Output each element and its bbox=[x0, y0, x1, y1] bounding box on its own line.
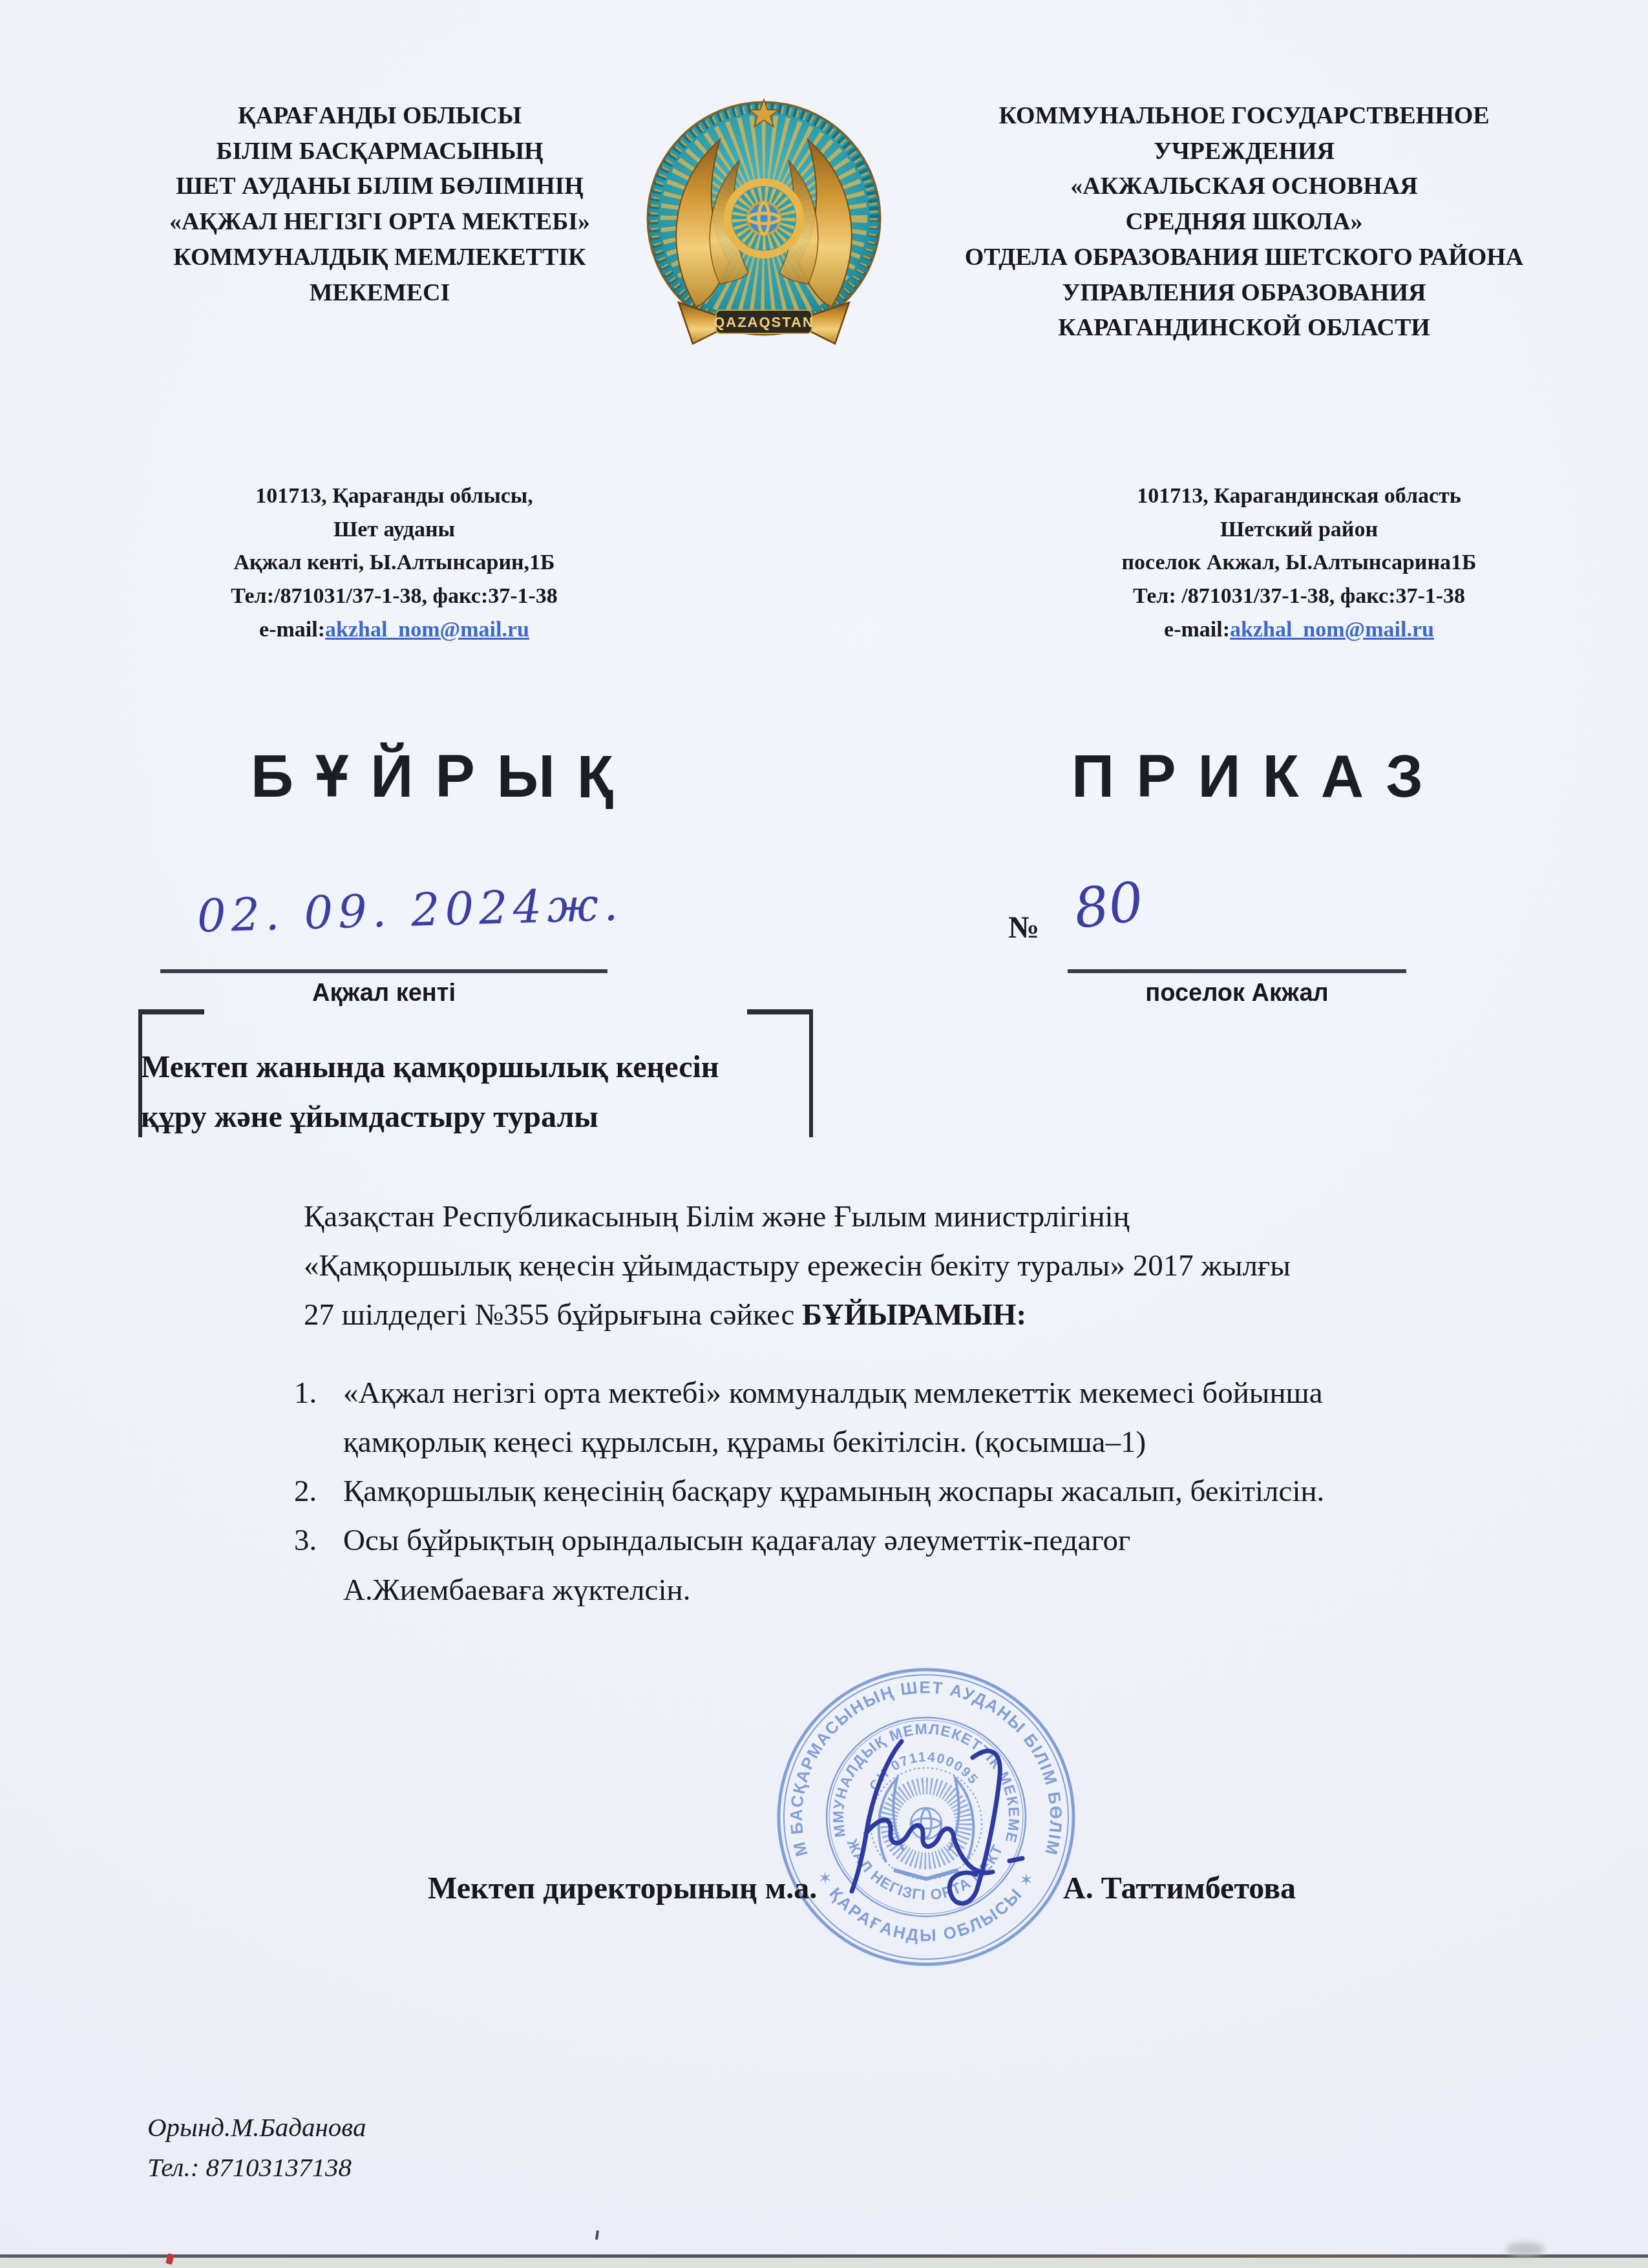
org-line: КОММУНАЛЬНОЕ ГОСУДАРСТВЕННОЕ bbox=[918, 98, 1570, 134]
contact-line: Тел:/871031/37-1-38, факс:37-1-38 bbox=[162, 580, 627, 613]
contact-block-russian: 101713, Карагандинская область Шетский р… bbox=[1070, 479, 1528, 646]
org-line: КОММУНАЛДЫҚ МЕМЛЕКЕТТІК bbox=[107, 240, 653, 275]
place-label-russian: поселок Акжал bbox=[1068, 980, 1406, 1007]
contact-line: Шет ауданы bbox=[162, 513, 627, 547]
corner-bracket-right bbox=[747, 1009, 813, 1137]
order-title-kazakh: БҰЙРЫҚ bbox=[251, 743, 635, 811]
scanner-background-strip bbox=[0, 2258, 1648, 2268]
contact-block-kazakh: 101713, Қарағанды облысы, Шет ауданы Ақж… bbox=[162, 479, 627, 646]
org-line: ШЕТ АУДАНЫ БІЛІМ БӨЛІМІНІҢ bbox=[107, 169, 653, 204]
handwritten-date: 02. 09. 2024ж. bbox=[196, 878, 611, 943]
org-line: «АКЖАЛЬСКАЯ ОСНОВНАЯ bbox=[918, 169, 1570, 204]
executor-footer: Орынд.М.Баданова Тел.: 87103137138 bbox=[147, 2108, 366, 2187]
org-line: «АҚЖАЛ НЕГІЗГІ ОРТА МЕКТЕБІ» bbox=[107, 204, 653, 240]
resolution-list: 1. «Ақжал негізгі орта мектебі» коммунал… bbox=[294, 1369, 1324, 1615]
corner-bracket-left bbox=[138, 1009, 204, 1137]
intro-paragraph: Қазақстан Республикасының Білім және Ғыл… bbox=[304, 1192, 1291, 1339]
contact-line: 101713, Карагандинская область bbox=[1070, 479, 1528, 513]
org-line: СРЕДНЯЯ ШКОЛА» bbox=[918, 204, 1570, 240]
item-line: «Ақжал негізгі орта мектебі» коммуналдық… bbox=[343, 1369, 1323, 1418]
org-line: УЧРЕЖДЕНИЯ bbox=[918, 134, 1570, 169]
item-line: Қамқоршылық кеңесінің басқару құрамының … bbox=[343, 1467, 1324, 1516]
handwritten-order-number: 80 bbox=[1070, 870, 1146, 941]
executor-phone: Тел.: 87103137138 bbox=[147, 2148, 366, 2188]
scan-dark-speck bbox=[595, 2231, 599, 2240]
contact-line: Шетский район bbox=[1070, 513, 1528, 547]
date-underline bbox=[160, 969, 607, 973]
signature-name: А. Таттимбетова bbox=[1063, 1871, 1296, 1906]
contact-line: Тел: /871031/37-1-38, факс:37-1-38 bbox=[1070, 580, 1528, 613]
item-line: Осы бұйрықтың орындалысын қадағалау әлеу… bbox=[343, 1516, 1130, 1565]
executor-name: Орынд.М.Баданова bbox=[147, 2108, 366, 2148]
email-line: e-mail:akzhal_nom@mail.ru bbox=[162, 613, 627, 647]
place-label-kazakh: Ақжал кенті bbox=[160, 980, 607, 1007]
item-line: А.Жиембаеваға жүктелсін. bbox=[343, 1566, 1130, 1615]
org-line: ОТДЕЛА ОБРАЗОВАНИЯ ШЕТСКОГО РАЙОНА bbox=[918, 240, 1570, 275]
kazakhstan-emblem-icon: QAZAQSTAN bbox=[641, 90, 887, 362]
emblem-banner-text: QAZAQSTAN bbox=[713, 314, 814, 330]
subject-line: Мектеп жанында қамқоршылық кеңесін bbox=[141, 1043, 807, 1093]
order-number-label: № bbox=[1008, 910, 1039, 945]
intro-line: «Қамқоршылық кеңесін ұйымдастыру ережесі… bbox=[304, 1241, 1291, 1290]
email-link: akzhal_nom@mail.ru bbox=[1230, 618, 1434, 642]
email-label: e-mail: bbox=[259, 618, 325, 642]
org-header-kazakh: ҚАРАҒАНДЫ ОБЛЫСЫ БІЛІМ БАСҚАРМАСЫНЫҢ ШЕТ… bbox=[107, 98, 653, 310]
number-underline bbox=[1068, 969, 1406, 973]
list-item: 3. Осы бұйрықтың орындалысын қадағалау ә… bbox=[294, 1516, 1324, 1614]
email-link: akzhal_nom@mail.ru bbox=[325, 618, 529, 642]
item-number: 2. bbox=[294, 1467, 343, 1516]
contact-line: поселок Акжал, Ы.Алтынсарина1Б bbox=[1070, 546, 1528, 580]
email-label: e-mail: bbox=[1164, 618, 1230, 642]
org-line: БІЛІМ БАСҚАРМАСЫНЫҢ bbox=[107, 134, 653, 169]
scanned-order-document: ҚАРАҒАНДЫ ОБЛЫСЫ БІЛІМ БАСҚАРМАСЫНЫҢ ШЕТ… bbox=[0, 0, 1648, 2268]
list-item: 2. Қамқоршылық кеңесінің басқару құрамын… bbox=[294, 1467, 1324, 1516]
org-header-russian: КОММУНАЛЬНОЕ ГОСУДАРСТВЕННОЕ УЧРЕЖДЕНИЯ … bbox=[918, 98, 1570, 346]
list-item: 1. «Ақжал негізгі орта мектебі» коммунал… bbox=[294, 1369, 1324, 1467]
org-line: УПРАВЛЕНИЯ ОБРАЗОВАНИЯ bbox=[918, 275, 1570, 311]
intro-line: 27 шілдедегі №355 бұйрығына сәйкес БҰЙЫР… bbox=[304, 1290, 1291, 1339]
org-line: КАРАГАНДИНСКОЙ ОБЛАСТИ bbox=[918, 310, 1570, 346]
director-signature-ink bbox=[840, 1722, 1034, 1913]
item-number: 1. bbox=[294, 1369, 343, 1467]
signature-role-label: Мектеп директорының м.а. bbox=[428, 1871, 817, 1906]
order-verb: БҰЙЫРАМЫН: bbox=[802, 1298, 1026, 1332]
item-line: қамқорлық кеңесі құрылсын, құрамы бекіті… bbox=[343, 1418, 1323, 1467]
subject-line: құру және ұйымдастыру туралы bbox=[141, 1093, 807, 1142]
org-line: МЕКЕМЕСІ bbox=[107, 275, 653, 311]
item-number: 3. bbox=[294, 1516, 343, 1614]
order-title-russian: ПРИКАЗ bbox=[1072, 743, 1445, 811]
contact-line: Ақжал кенті, Ы.Алтынсарин,1Б bbox=[162, 546, 627, 580]
scan-smudge bbox=[1506, 2242, 1545, 2256]
order-subject: Мектеп жанында қамқоршылық кеңесін құру … bbox=[141, 1009, 807, 1142]
org-line: ҚАРАҒАНДЫ ОБЛЫСЫ bbox=[107, 98, 653, 134]
contact-line: 101713, Қарағанды облысы, bbox=[162, 479, 627, 513]
email-line: e-mail:akzhal_nom@mail.ru bbox=[1070, 613, 1528, 647]
intro-line: Қазақстан Республикасының Білім және Ғыл… bbox=[304, 1192, 1291, 1241]
